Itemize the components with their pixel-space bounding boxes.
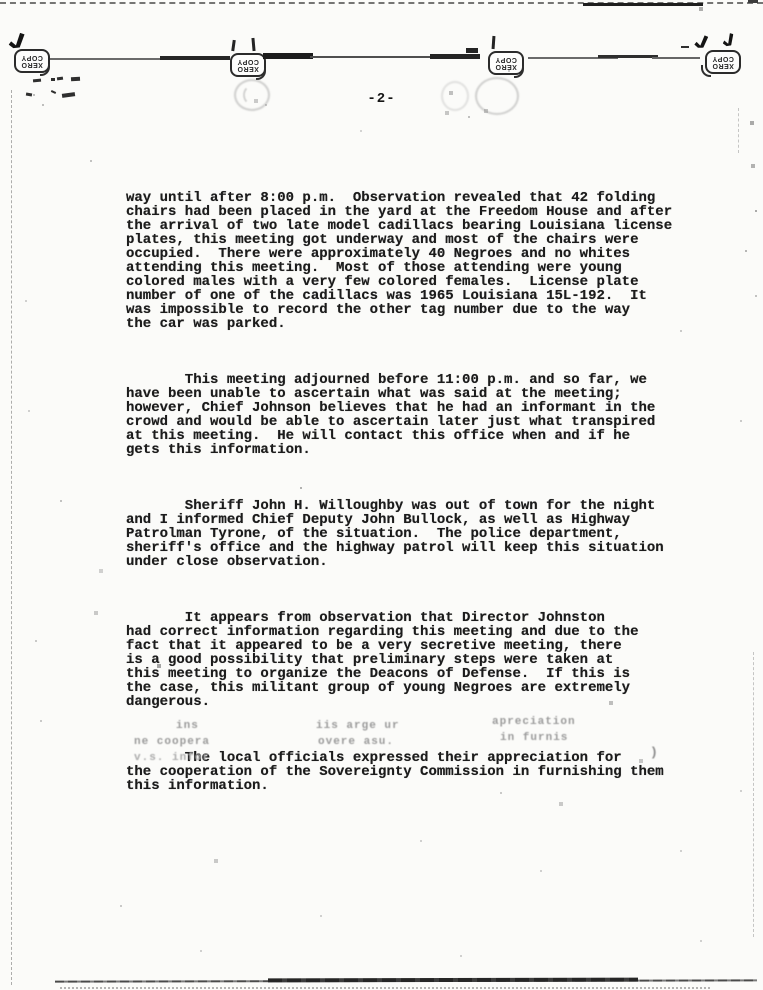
ink-tick (251, 38, 255, 51)
left-fold-line (11, 90, 12, 985)
top-scan-streak (583, 3, 703, 6)
scan-streak (652, 57, 700, 59)
ghost-paren-mark: ) (650, 746, 659, 759)
ink-blob (6, 32, 27, 50)
ink-dash (71, 77, 80, 81)
stamp-tail (256, 68, 266, 80)
bottom-scan-streak (268, 978, 638, 983)
ghost-text-fragment: overe asu. (318, 736, 394, 749)
scan-streak (310, 56, 432, 58)
document-paragraph: This meeting adjourned before 11:00 p.m.… (126, 373, 706, 457)
stamp-tail (701, 65, 711, 77)
stamp-text-copy: COPY (495, 56, 517, 63)
ink-blob (720, 32, 736, 48)
ink-dash (681, 46, 689, 48)
document-body: way until after 8:00 p.m. Observation re… (126, 163, 706, 835)
ghost-text-fragment: ins (176, 720, 199, 733)
document-paragraph: It appears from observation that Directo… (126, 611, 706, 709)
scan-streak (263, 53, 313, 59)
ghost-arc (243, 85, 261, 105)
ghost-text-fragment: apreciation (492, 716, 576, 729)
ghost-text-fragment: in furnis (500, 732, 568, 745)
ink-blob (693, 35, 710, 49)
stamp-text-copy: COPY (21, 54, 43, 61)
ink-dash (51, 78, 55, 81)
ink-tick (492, 36, 495, 49)
ghost-ring (475, 77, 519, 115)
right-fold-mark (738, 108, 739, 153)
stamp-text-copy: COPY (237, 58, 259, 65)
ghost-text-fragment: iis arge ur (316, 720, 400, 733)
right-fold-line (753, 652, 754, 937)
scanned-document-page: XERO COPY XERO COPY XERO COPY XERO COPY … (0, 0, 763, 990)
ghost-text-fragment: v.s. infor (134, 752, 210, 765)
ink-dash (33, 79, 41, 82)
scan-streak (50, 58, 162, 60)
document-paragraph: way until after 8:00 p.m. Observation re… (126, 191, 706, 331)
ghost-ring (441, 81, 469, 111)
bottom-dotted-edge (60, 987, 710, 989)
scan-noise-specks (0, 0, 2, 2)
ink-dash (57, 77, 63, 81)
ink-tick (231, 40, 235, 51)
stamp-text-xero: XERO (712, 62, 734, 69)
ink-tick (466, 48, 478, 53)
stamp-tail (40, 64, 50, 76)
scan-streak (430, 54, 480, 59)
ghost-text-fragment: ne coopera (134, 736, 210, 749)
page-number: -2- (0, 92, 763, 106)
document-paragraph: Sheriff John H. Willoughby was out of to… (126, 499, 706, 569)
corner-mark (748, 0, 758, 3)
scan-streak (160, 56, 230, 60)
document-paragraph: The local officials expressed their appr… (126, 751, 706, 793)
stamp-tail (514, 66, 524, 78)
scan-streak (598, 55, 658, 58)
stamp-text-copy: COPY (712, 55, 734, 62)
